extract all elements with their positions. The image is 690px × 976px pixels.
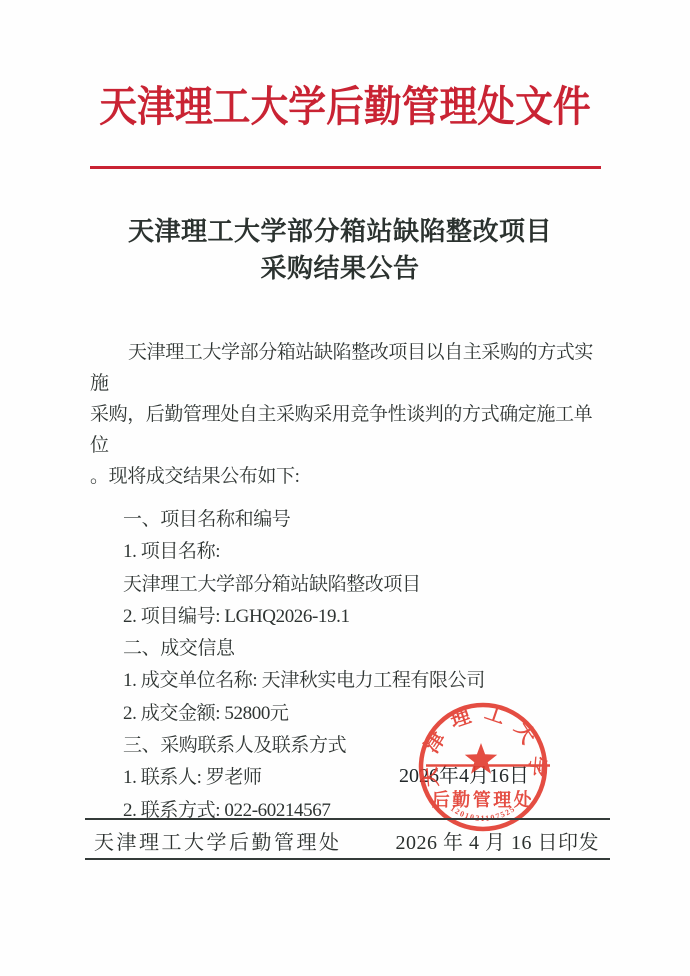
paragraph-line: 天津理工大学部分箱站缺陷整改项目以自主采购的方式实施 bbox=[90, 337, 604, 399]
footer-print-date: 2026 年 4 月 16 日印发 bbox=[396, 826, 600, 855]
document-title-line2: 采购结果公告 bbox=[45, 250, 635, 287]
section-heading: 二、成交信息 bbox=[90, 633, 604, 665]
section-heading: 一、项目名称和编号 bbox=[90, 504, 604, 536]
list-item: 天津理工大学部分箱站缺陷整改项目 bbox=[90, 569, 604, 601]
letterhead-divider bbox=[90, 166, 601, 169]
list-item: 2. 项目编号: LGHQ2026-19.1 bbox=[90, 601, 604, 633]
document-page: 天津理工大学后勤管理处文件 天津理工大学部分箱站缺陷整改项目 采购结果公告 天津… bbox=[0, 0, 690, 976]
footer-divider-top bbox=[85, 818, 610, 820]
letterhead-title: 天津理工大学后勤管理处文件 bbox=[35, 74, 656, 134]
footer-issuer: 天津理工大学后勤管理处 bbox=[94, 826, 342, 855]
seal-star-icon bbox=[465, 743, 497, 774]
seal-university-arc-text: 天津理工大学 bbox=[417, 701, 550, 788]
footer: 天津理工大学后勤管理处 2026 年 4 月 16 日印发 bbox=[94, 826, 599, 855]
paragraph-line: 采购，后勤管理处自主采购采用竞争性谈判的方式确定施工单位 bbox=[90, 399, 604, 461]
paragraph-line: 。现将成交结果公布如下: bbox=[90, 461, 604, 492]
document-title-line1: 天津理工大学部分箱站缺陷整改项目 bbox=[45, 213, 635, 250]
seal-department-text: 后勤管理处 bbox=[432, 789, 535, 810]
official-seal: 天津理工大学 后勤管理处 1201021107525 bbox=[412, 696, 554, 838]
document-title: 天津理工大学部分箱站缺陷整改项目 采购结果公告 bbox=[45, 213, 635, 287]
footer-divider-bottom bbox=[85, 858, 610, 860]
list-item: 1. 项目名称: bbox=[90, 536, 604, 568]
list-item: 1. 成交单位名称: 天津秋实电力工程有限公司 bbox=[90, 665, 604, 697]
